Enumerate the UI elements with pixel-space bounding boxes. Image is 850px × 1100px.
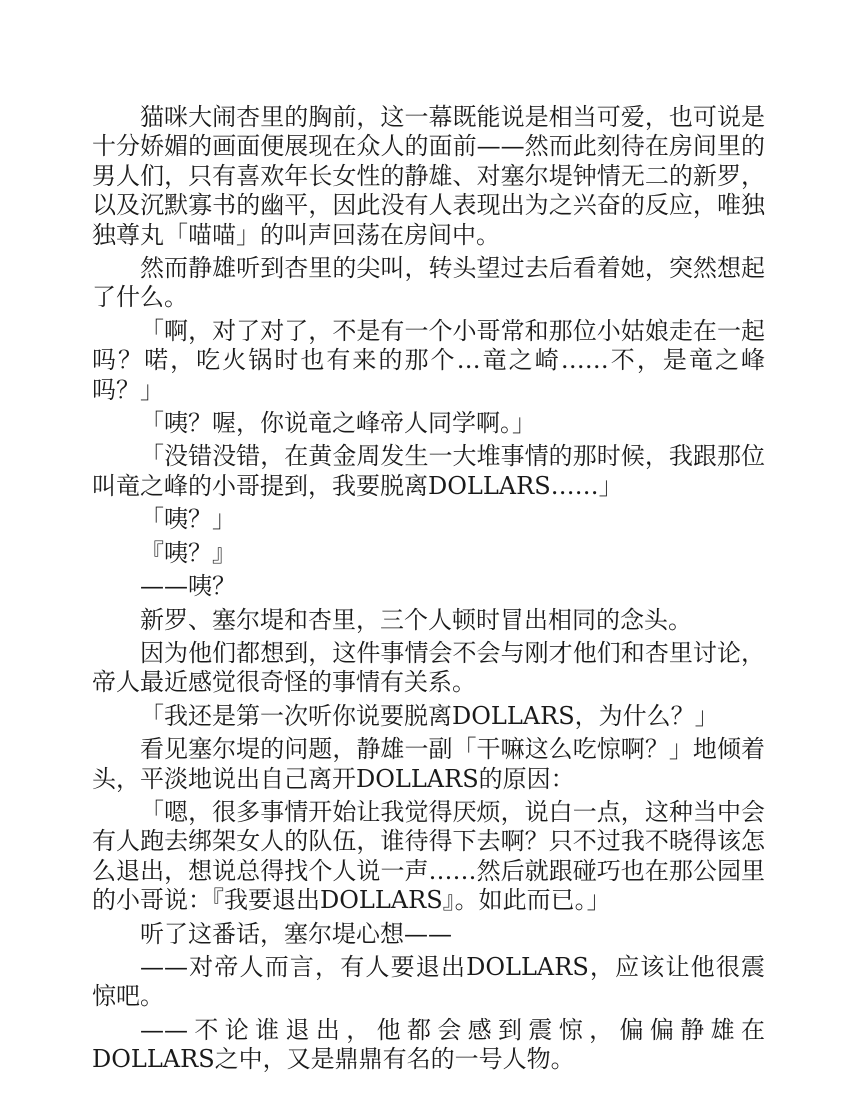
paragraph-narration-3: 新罗、塞尔堤和杏里，三个人顿时冒出相同的念头。	[92, 606, 765, 635]
paragraph-dialogue-6: 「我还是第一次听你说要脱离DOLLARS，为什么？」	[92, 702, 765, 731]
paragraph-thought-3: ——不论谁退出，他都会感到震惊，偏偏静雄在DOLLARS之中，又是鼎鼎有名的一号…	[92, 1016, 765, 1075]
paragraph-dialogue-7: 「嗯，很多事情开始让我觉得厌烦，说白一点，这种当中会有人跑去绑架女人的队伍，谁待…	[92, 798, 765, 916]
paragraph-narration-2: 然而静雄听到杏里的尖叫，转头望过去后看着她，突然想起了什么。	[92, 254, 765, 313]
paragraph-dialogue-4: 「咦？」	[92, 505, 765, 534]
paragraph-thought-2: ——对帝人而言，有人要退出DOLLARS，应该让他很震惊吧。	[92, 953, 765, 1012]
paragraph-dialogue-2: 「咦？喔，你说竜之峰帝人同学啊。」	[92, 409, 765, 438]
paragraph-thought-1: ——咦？	[92, 572, 765, 601]
paragraph-dialogue-1: 「啊，对了对了，不是有一个小哥常和那位小姑娘走在一起吗？喏，吃火锅时也有来的那个…	[92, 317, 765, 405]
paragraph-dialogue-3: 「没错没错，在黄金周发生一大堆事情的那时候，我跟那位叫竜之峰的小哥提到，我要脱离…	[92, 442, 765, 501]
paragraph-dialogue-5: 『咦？』	[92, 539, 765, 568]
paragraph-narration-6: 听了这番话，塞尔堤心想——	[92, 920, 765, 949]
paragraph-narration-5: 看见塞尔堤的问题，静雄一副「干嘛这么吃惊啊？」地倾着头，平淡地说出自己离开DOL…	[92, 735, 765, 794]
paragraph-narration-1: 猫咪大闹杏里的胸前，这一幕既能说是相当可爱，也可说是十分娇媚的画面便展现在众人的…	[92, 103, 765, 250]
novel-page: 猫咪大闹杏里的胸前，这一幕既能说是相当可爱，也可说是十分娇媚的画面便展现在众人的…	[0, 0, 850, 1100]
paragraph-narration-4: 因为他们都想到，这件事情会不会与刚才他们和杏里讨论，帝人最近感觉很奇怪的事情有关…	[92, 639, 765, 698]
